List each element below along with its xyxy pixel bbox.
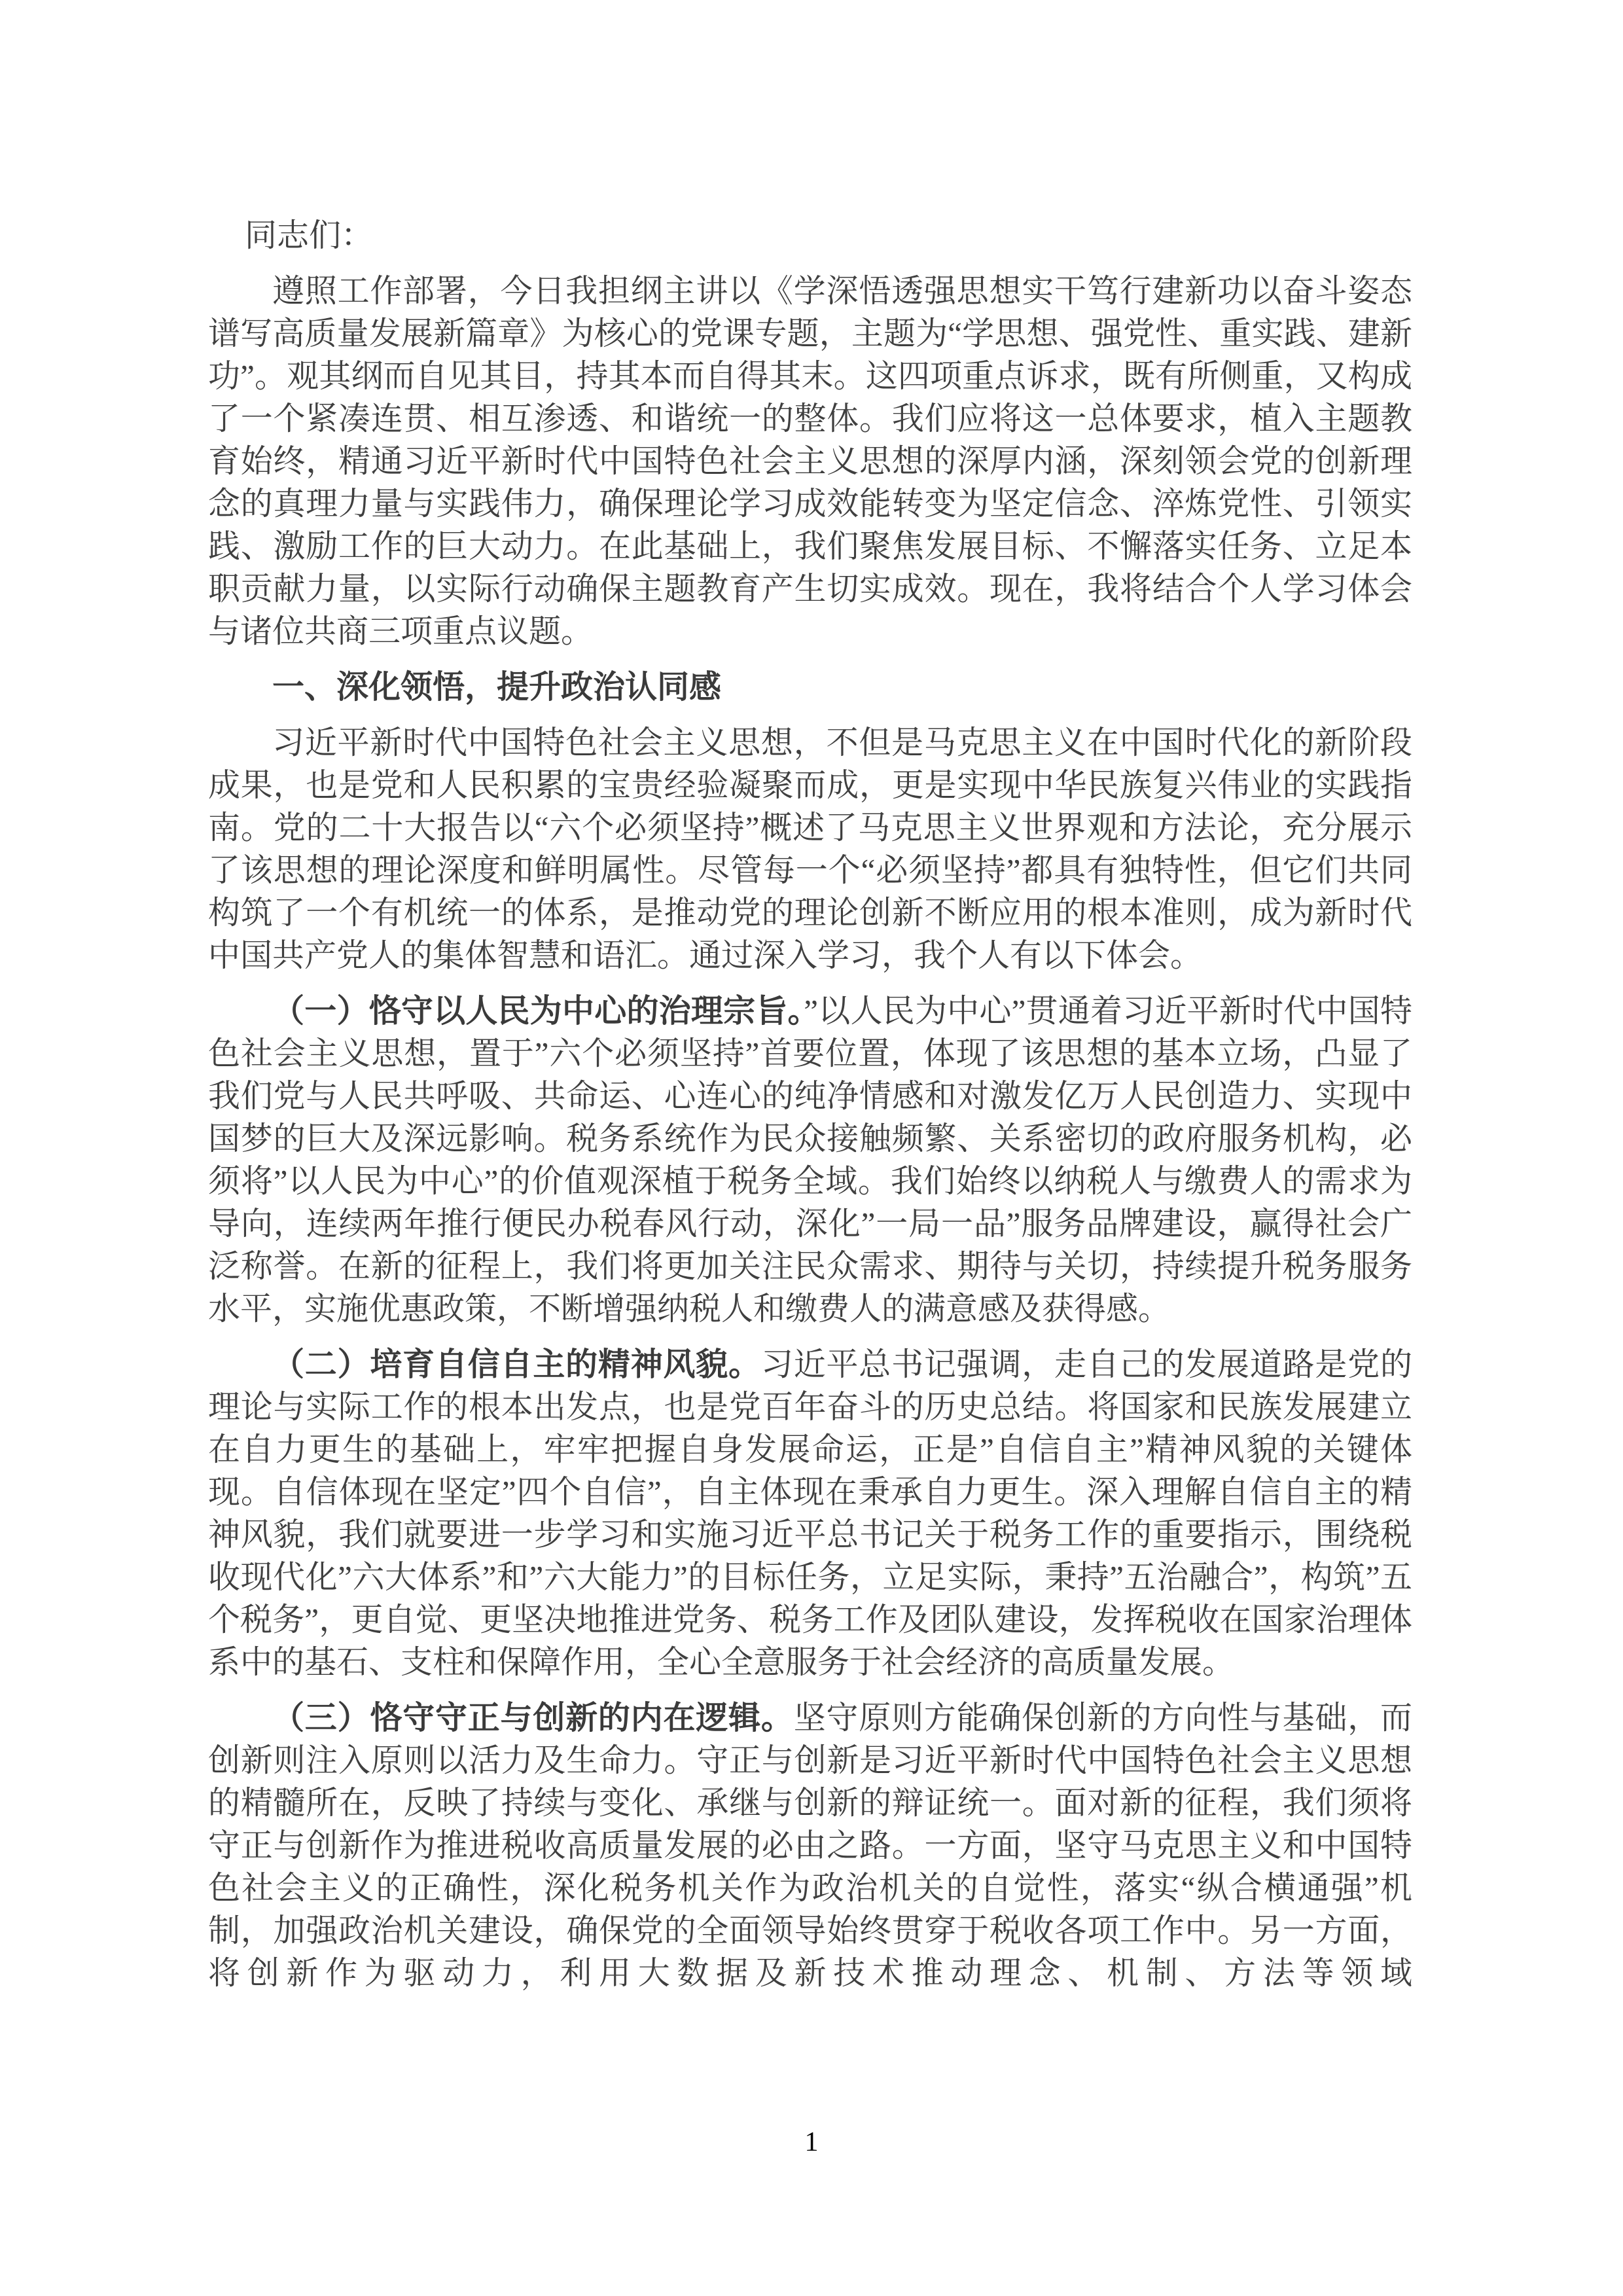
subsection-3-lead: （三）恪守守正与创新的内在逻辑。 [272,1700,794,1736]
page-number: 1 [0,2127,1623,2157]
salutation-paragraph: 同志们： [208,214,1412,257]
subsection-2-lead: （二）培育自信自主的精神风貌。 [272,1346,761,1382]
opening-paragraph: 遵照工作部署，今日我担纲主讲以《学深悟透强思想实干笃行建新功以奋斗姿态谱写高质量… [208,270,1412,653]
section-1-heading: 一、深化领悟，提升政治认同感 [208,666,1412,708]
section-1-intro-paragraph: 习近平新时代中国特色社会主义思想，不但是马克思主义在中国时代化的新阶段成果，也是… [208,721,1412,977]
subsection-2-paragraph: （二）培育自信自主的精神风貌。习近平总书记强调，走自己的发展道路是党的理论与实际… [208,1343,1412,1683]
section-1-heading-text: 一、深化领悟，提升政治认同感 [272,669,721,705]
document-page: 同志们： 遵照工作部署，今日我担纲主讲以《学深悟透强思想实干笃行建新功以奋斗姿态… [0,0,1623,2296]
subsection-1-body: ”以人民为中心”贯通着习近平新时代中国特色社会主义思想，置于”六个必须坚持”首要… [208,993,1412,1327]
subsection-3-paragraph: （三）恪守守正与创新的内在逻辑。坚守原则方能确保创新的方向性与基础，而创新则注入… [208,1696,1412,1994]
subsection-1-lead: （一）恪守以人民为中心的治理宗旨。 [272,993,804,1029]
subsection-3-body: 坚守原则方能确保创新的方向性与基础，而创新则注入原则以活力及生命力。守正与创新是… [208,1700,1412,1991]
salutation-text: 同志们： [245,217,373,253]
subsection-1-paragraph: （一）恪守以人民为中心的治理宗旨。”以人民为中心”贯通着习近平新时代中国特色社会… [208,990,1412,1330]
section-1-intro-text: 习近平新时代中国特色社会主义思想，不但是马克思主义在中国时代化的新阶段成果，也是… [208,725,1412,973]
document-body: 同志们： 遵照工作部署，今日我担纲主讲以《学深悟透强思想实干笃行建新功以奋斗姿态… [208,214,1412,2007]
opening-paragraph-text: 遵照工作部署，今日我担纲主讲以《学深悟透强思想实干笃行建新功以奋斗姿态谱写高质量… [208,273,1412,649]
subsection-2-body: 习近平总书记强调，走自己的发展道路是党的理论与实际工作的根本出发点，也是党百年奋… [208,1346,1412,1680]
